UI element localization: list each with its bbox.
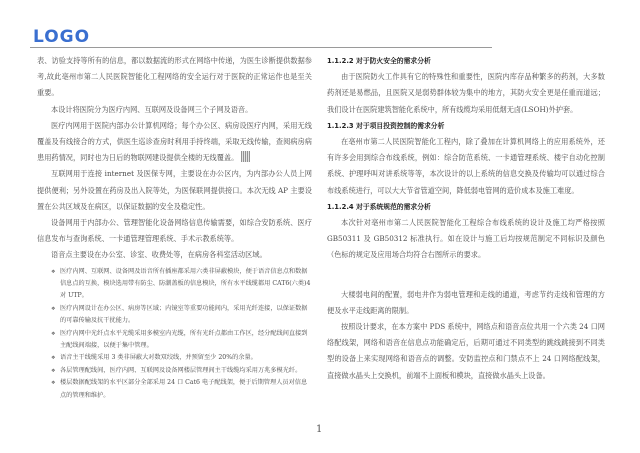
bullet-item: 楼层数据配线架的水平区部分全部采用 24 口 Cat6 电子配线架，便于后期管理… <box>51 377 312 402</box>
paragraph: 语音点主要设在办公室、诊室、收费处等，在病房各科室活动区域。 <box>37 247 312 263</box>
header-divider <box>30 47 492 48</box>
bullet-item: 各层管理配线间，医疗内网、互联网及设备网楼层管理间主干线缆均采用万兆多模光纤。 <box>51 365 312 377</box>
paragraph: 按照设计要求，在本方案中 PDS 系统中，网络点和语音点位共用一个六类 24 口… <box>327 319 605 384</box>
paragraph: 医疗内网用于医院内部办公计算机网络；每个办公区、病房设医疗内网，采用无线覆盖及有… <box>37 118 312 167</box>
bullet-item: 医疗内网设计在办公区、病房等区域；内镜室等重要功能间内，采用光纤连接，以保证数据… <box>51 303 312 328</box>
right-column: 1.1.2.2 对于防火安全的需求分析 由于医院防火工作具有它的特殊性和重要性，… <box>327 53 605 384</box>
page-number: 1 <box>316 424 322 435</box>
left-column: 表、访验支持等所有的信息，都以数据流的形式在网络中传递，为医生诊断提供数据参考,… <box>37 53 312 402</box>
paragraph: 本次针对亳州市第二人民医院智能化工程综合布线系统的设计及施工均严格按照 GB50… <box>327 215 605 264</box>
paragraph: 设备网用于内部办公、管理智能化设备网络信息传输需要，如综合安防系统、医疗信息发布… <box>37 215 312 247</box>
bullet-item: 语音主干线缆采用 3 类非屏蔽大对数双绞线，并预留至少 20%的余量。 <box>51 352 312 364</box>
section-heading: 1.1.2.2 对于防火安全的需求分析 <box>327 53 605 69</box>
bullet-item: 医疗内网中光纤点水平光缆采用多模室内光缆，所有光纤点都由工作区，经分配线间直接到… <box>51 328 312 353</box>
bullet-item: 医疗内网、互联网、设备网及语音所有插座都采用六类非屏蔽模块，便于语音信息点和数据… <box>51 266 312 303</box>
logo: LOGO <box>33 27 90 47</box>
bullet-list: 医疗内网、互联网、设备网及语音所有插座都采用六类非屏蔽模块，便于语音信息点和数据… <box>37 266 312 402</box>
section-heading: 1.1.2.4 对于系统规范的需求分析 <box>327 199 605 215</box>
section-heading: 1.1.2.3 对于项目投资控制的需求分析 <box>327 118 605 134</box>
paragraph: 本设计将医院分为医疗内网、互联网及设备网三个子网及语音。 <box>37 102 312 118</box>
image-placeholder-gap <box>327 264 605 287</box>
paragraph: 表、访验支持等所有的信息，都以数据流的形式在网络中传递，为医生诊断提供数据参考,… <box>37 53 312 102</box>
embedded-image-icon <box>241 151 250 162</box>
paragraph: 大楼弱电间的配置，弱电井作为弱电管理和走线的通道，考虑节约走线和管理的方便及水平… <box>327 287 605 319</box>
paragraph: 互联网用于连接 internet 及医保专网，主要设在办公区内，为内部办公人员上… <box>37 166 312 215</box>
paragraph-text: 医疗内网用于医院内部办公计算机网络；每个办公区、病房设医疗内网，采用无线覆盖及有… <box>37 121 312 162</box>
paragraph: 在亳州市第二人民医院智能化工程内，除了叠加在计算机网络上的应用系统外，还有许多会… <box>327 134 605 199</box>
paragraph: 由于医院防火工作具有它的特殊性和重要性，医院内库存品种繁多的药剂，大多数药剂还是… <box>327 69 605 118</box>
